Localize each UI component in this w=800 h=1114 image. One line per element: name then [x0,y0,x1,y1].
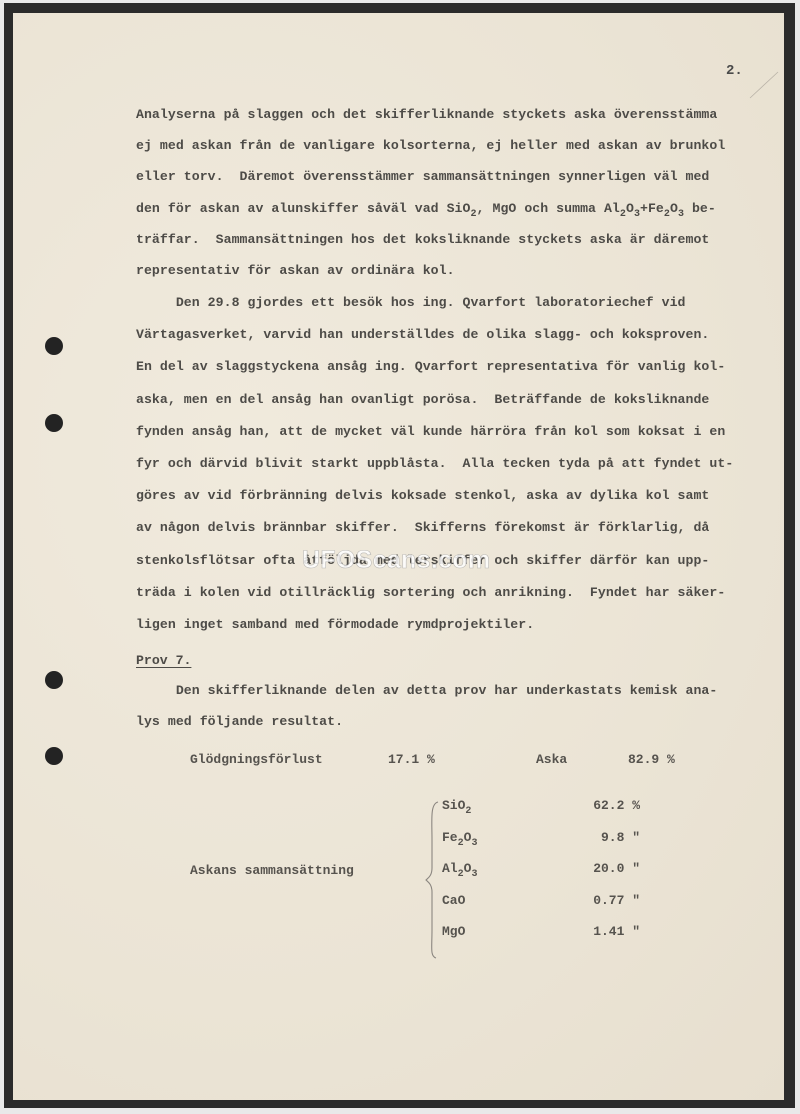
text-line: representativ för askan av ordinära kol. [136,263,455,278]
text-line: En del av slaggstyckena ansåg ing. Qvarf… [136,359,725,374]
text-line: Den skifferliknande delen av detta prov … [136,683,717,698]
text-line: fyr och därvid blivit starkt uppblåsta. … [136,456,733,471]
compound-formula: SiO2 [442,798,471,813]
ash-value: 82.9 % [628,752,675,767]
text-line: aska, men en del ansåg han ovanligt porö… [136,392,709,407]
compound-value: 20.0 " [593,861,640,876]
compound-formula: Fe2O3 [442,830,477,845]
loss-label: Glödgningsförlust [190,752,323,767]
punch-hole [45,337,63,355]
page-number: 2. [726,63,743,79]
curly-brace [424,800,440,960]
text-line: göres av vid förbränning delvis koksade … [136,488,709,503]
text-line: Analyserna på slaggen och det skifferlik… [136,107,717,122]
text-line: Värtagasverket, varvid han underställdes… [136,327,709,342]
text-line: träffar. Sammansättningen hos det koksli… [136,232,709,247]
compound-value: 9.8 " [601,830,640,845]
text-line: lys med följande resultat. [136,714,343,729]
text-line: fynden ansåg han, att de mycket väl kund… [136,424,725,439]
text-line: ligen inget samband med förmodade rymdpr… [136,617,534,632]
compound-formula: MgO [442,924,465,939]
ash-label: Aska [536,752,567,767]
compound-formula: CaO [442,893,465,908]
composition-label: Askans sammansättning [190,863,354,878]
watermark: UFOScans.com [302,546,490,575]
text-line: ej med askan från de vanligare kolsorter… [136,138,725,153]
pencil-mark [740,60,780,100]
punch-hole [45,414,63,432]
compound-value: 0.77 " [593,893,640,908]
text-line: träda i kolen vid otillräcklig sortering… [136,585,725,600]
text-line: av någon delvis brännbar skiffer. Skiffe… [136,520,709,535]
text-line: Den 29.8 gjordes ett besök hos ing. Qvar… [136,295,686,310]
text-line: eller torv. Däremot överensstämmer samma… [136,169,709,184]
compound-value: 62.2 % [593,798,640,813]
punch-hole [45,671,63,689]
punch-hole [45,747,63,765]
text-line: den för askan av alunskiffer såväl vad S… [136,201,716,216]
loss-value: 17.1 % [388,752,435,767]
compound-formula: Al2O3 [442,861,477,876]
compound-value: 1.41 " [593,924,640,939]
section-heading: Prov 7. [136,653,191,668]
